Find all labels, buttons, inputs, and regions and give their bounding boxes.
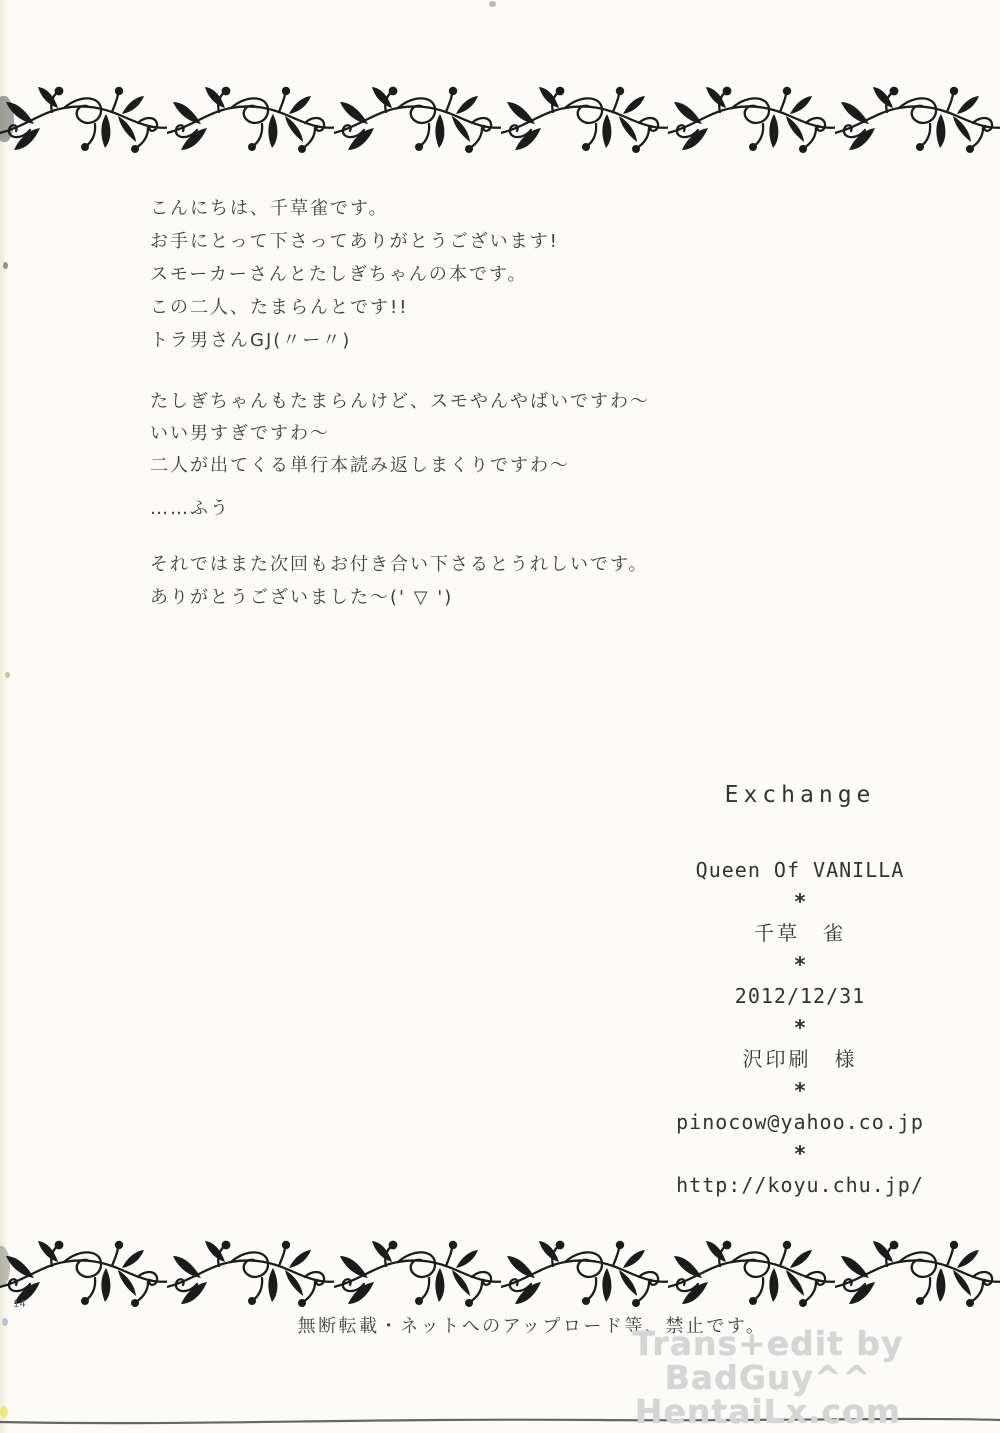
page-number: 14 xyxy=(13,1299,26,1310)
text-line: トラ男さんGJ(〃ー〃) xyxy=(150,324,559,357)
publication-date: 2012/12/31 xyxy=(630,981,970,1013)
text-line: ……ふう xyxy=(150,492,230,525)
contact-email: pinocow@yahoo.co.jp xyxy=(630,1107,970,1139)
text-line: こんにちは、千草雀です。 xyxy=(150,192,559,225)
author-name: 千草 雀 xyxy=(630,918,970,950)
separator-asterisk: * xyxy=(630,1139,970,1171)
scan-speck xyxy=(5,672,10,678)
text-line: たしぎちゃんもたまらんけど、スモやんやばいですわ～ xyxy=(150,386,650,418)
watermark-site-line: HentaiLx.com xyxy=(538,1395,998,1429)
text-line: それではまた次回もお付き合い下さるとうれしいです。 xyxy=(150,548,649,581)
website-url: http://koyu.chu.jp/ xyxy=(630,1170,970,1202)
floral-vine-border-bottom xyxy=(0,1236,1000,1314)
credits-block: Queen Of VANILLA * 千草 雀 * 2012/12/31 * 沢… xyxy=(630,855,970,1202)
separator-asterisk: * xyxy=(630,950,970,982)
text-line: お手にとって下さってありがとうございます! xyxy=(150,225,559,258)
scan-speck xyxy=(3,262,8,269)
scan-speck xyxy=(489,1,496,7)
afterword-paragraph-4: それではまた次回もお付き合い下さるとうれしいです。 ありがとうございました～('… xyxy=(150,548,649,614)
text-line: スモーカーさんとたしぎちゃんの本です。 xyxy=(150,258,559,291)
book-title: Exchange xyxy=(650,782,950,808)
watermark-credit-line: Trans+edit by BadGuy^^ xyxy=(538,1327,998,1395)
vine-ornament-icon xyxy=(0,1236,1000,1314)
separator-asterisk: * xyxy=(630,887,970,919)
afterword-paragraph-1: こんにちは、千草雀です。 お手にとって下さってありがとうございます! スモーカー… xyxy=(150,192,559,357)
vine-ornament-icon xyxy=(0,82,1000,160)
floral-vine-border-top xyxy=(0,82,1000,160)
separator-asterisk: * xyxy=(630,1076,970,1108)
circle-name: Queen Of VANILLA xyxy=(630,855,970,887)
afterword-paragraph-3: ……ふう xyxy=(150,492,230,525)
text-line: ありがとうございました～(' ▽ ') xyxy=(150,581,649,614)
text-line: いい男すぎですわ～ xyxy=(150,418,650,450)
text-line: 二人が出てくる単行本読み返しまくりですわ～ xyxy=(150,450,650,482)
watermark: Trans+edit by BadGuy^^ HentaiLx.com xyxy=(538,1327,998,1433)
printer-name: 沢印刷 様 xyxy=(630,1044,970,1076)
scanned-page: こんにちは、千草雀です。 お手にとって下さってありがとうございます! スモーカー… xyxy=(0,0,1000,1433)
scan-edge-tint xyxy=(0,0,12,1433)
afterword-paragraph-2: たしぎちゃんもたまらんけど、スモやんやばいですわ～ いい男すぎですわ～ 二人が出… xyxy=(150,386,650,482)
separator-asterisk: * xyxy=(630,1013,970,1045)
text-line: この二人、たまらんとです!! xyxy=(150,291,559,324)
